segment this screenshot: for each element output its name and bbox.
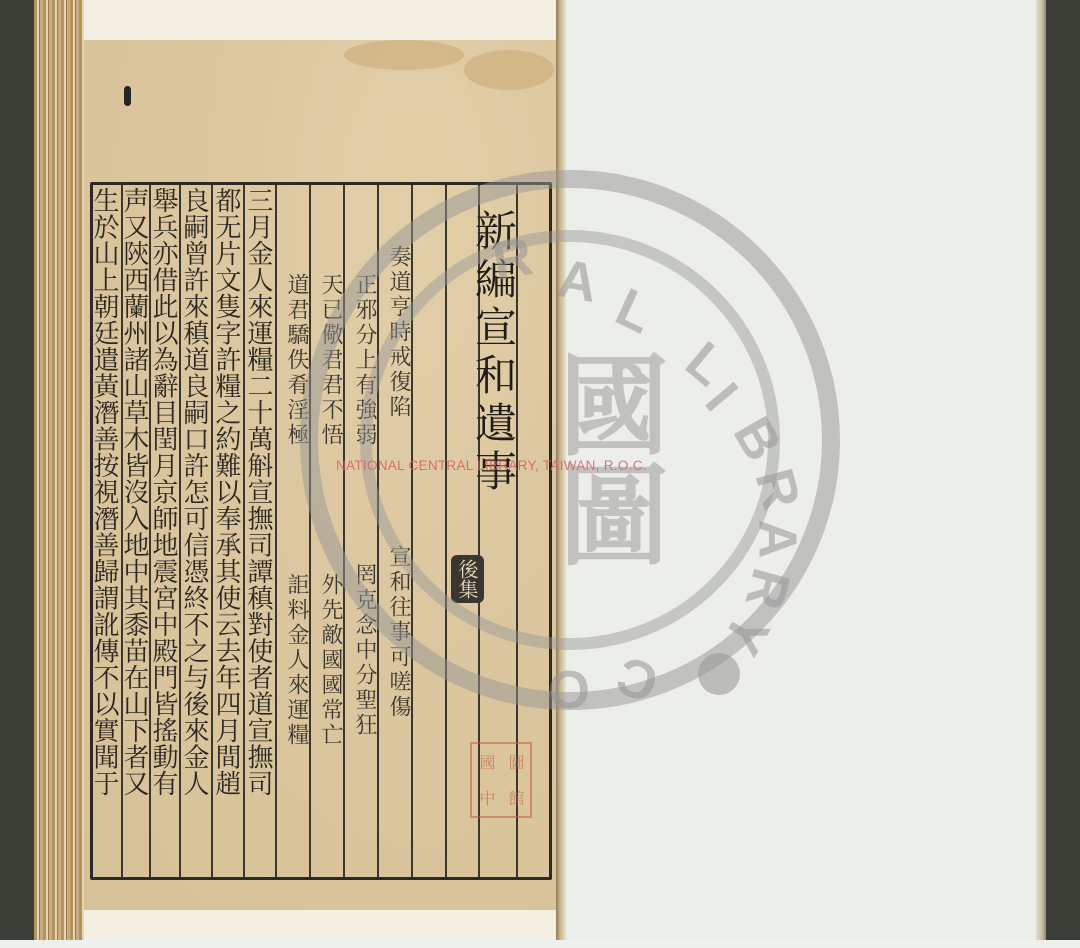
verse-line-lower: 外先敵國國常亡 <box>311 573 349 748</box>
verse-line-lower: 詎料金人來運糧 <box>277 573 315 748</box>
right-page-edge <box>1036 0 1046 940</box>
scanner-background-right <box>1046 0 1080 948</box>
library-circular-stamp: R A L L I B R A R Y C O 國圖 <box>300 170 840 710</box>
prose-line: 生於山上朝廷遣黃潛善按視潛善歸謂訛傳不以實聞于 <box>89 187 119 797</box>
seal-glyph: 國 <box>472 744 501 780</box>
stamp-dot <box>698 653 740 695</box>
column-prose-2: 都无片文隻字許糧之約難以奉承其使云去年四月間趙 <box>211 185 243 877</box>
prose-line: 声又陝西蘭州諸山草木皆沒入地中其黍苗在山下者又 <box>119 187 149 797</box>
prose-line: 舉兵亦借此以為辭目閏月京師地震宮中殿門皆搖動有 <box>148 187 178 797</box>
bottom-strip <box>0 940 1080 948</box>
column-prose-4: 舉兵亦借此以為辭目閏月京師地震宮中殿門皆搖動有 <box>149 185 179 877</box>
ink-spot <box>124 86 131 106</box>
column-verse-4: 道君驕佚肴淫極 詎料金人來運糧 <box>275 185 309 877</box>
prose-line: 良嗣曾許來稹道良嗣口許怎可信憑終不之与後來金人 <box>179 187 209 797</box>
prose-line: 都无片文隻字許糧之約難以奉承其使云去年四月間趙 <box>211 187 241 797</box>
book-leaf-edges <box>34 0 84 940</box>
column-prose-1: 三月金人來運糧二十萬斛宣撫司譚稹對使者道宣撫司 <box>243 185 275 877</box>
scanner-background-left <box>0 0 34 948</box>
water-stain <box>464 50 554 90</box>
stamp-letter: A <box>747 520 809 559</box>
library-watermark-text: NATIONAL CENTRAL LIBRARY, TAIWAN, R.O.C. <box>336 458 647 473</box>
water-stain <box>344 40 464 70</box>
red-collector-seal: 國 圖 中 館 <box>470 742 532 818</box>
column-prose-5: 声又陝西蘭州諸山草木皆沒入地中其黍苗在山下者又 <box>121 185 149 877</box>
column-prose-3: 良嗣曾許來稹道良嗣口許怎可信憑終不之与後來金人 <box>179 185 211 877</box>
column-prose-6: 生於山上朝廷遣黃潛善按視潛善歸謂訛傳不以實聞于 <box>93 185 121 877</box>
seal-glyph: 中 <box>472 780 501 816</box>
prose-line: 三月金人來運糧二十萬斛宣撫司譚稹對使者道宣撫司 <box>243 187 273 797</box>
seal-glyph: 館 <box>501 780 530 816</box>
stamp-letter: O <box>548 658 590 720</box>
seal-glyph: 圖 <box>501 744 530 780</box>
stamp-letter: R <box>733 562 803 616</box>
